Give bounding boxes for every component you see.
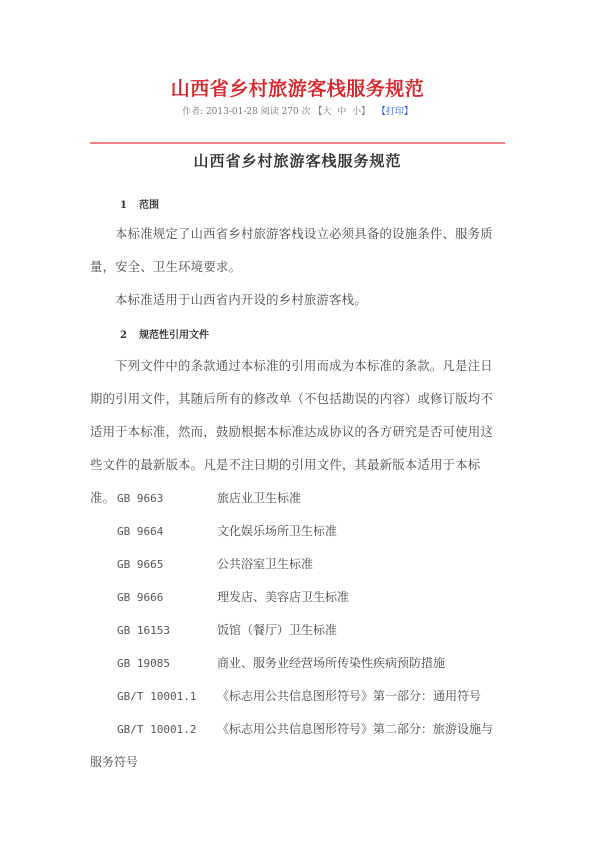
section-number: 2 — [120, 330, 127, 341]
reference-name: 《标志用公共信息图形符号》第一部分：通用符号 — [217, 689, 481, 703]
reference-code: GB/T 10001.2 — [117, 723, 217, 736]
reference-name: 文化娱乐场所卫生标准 — [217, 524, 337, 538]
font-size-small-link[interactable]: 小 — [352, 107, 361, 117]
paragraph: 本标准规定了山西省乡村旅游客栈设立必须具备的设施条件、服务质量，安全、卫生环境要… — [90, 218, 505, 284]
reference-name: 旅店业卫生标准 — [217, 491, 301, 505]
section-heading-scope: 1范围 — [120, 196, 159, 211]
reference-item: GB 9663旅店业卫生标准 — [117, 489, 301, 506]
reference-code: GB 16153 — [117, 624, 217, 637]
page-title: 山西省乡村旅游客栈服务规范 — [0, 74, 595, 101]
font-size-bracket-open: 【 — [313, 107, 322, 117]
font-size-large-link[interactable]: 大 — [323, 107, 332, 117]
reference-item: GB 19085商业、服务业经营场所传染性疾病预防措施 — [117, 654, 445, 671]
reference-item: GB 9666理发店、美容店卫生标准 — [117, 588, 349, 605]
reference-item: GB/T 10001.2《标志用公共信息图形符号》第二部分：旅游设施与 — [117, 720, 493, 737]
header-divider — [90, 142, 505, 144]
reference-name: 商业、服务业经营场所传染性疾病预防措施 — [217, 656, 445, 670]
reference-name: 《标志用公共信息图形符号》第二部分：旅游设施与 — [217, 722, 493, 736]
font-size-medium-link[interactable]: 中 — [337, 107, 346, 117]
reference-item: GB 16153饭馆（餐厅）卫生标准 — [117, 621, 337, 638]
reference-name: 理发店、美容店卫生标准 — [217, 590, 349, 604]
reference-continuation: 服务符号 — [90, 753, 138, 770]
reference-item: GB 9664文化娱乐场所卫生标准 — [117, 522, 337, 539]
section-heading-normative-references: 2规范性引用文件 — [120, 326, 209, 341]
document-title: 山西省乡村旅游客栈服务规范 — [0, 150, 595, 171]
section-number: 1 — [120, 200, 127, 211]
article-meta: 作者: 2013-01-28 阅读 270 次 【大 中 小】 【打印】 — [0, 104, 595, 117]
font-size-bracket-close: 】 — [361, 107, 370, 117]
reference-code: GB 9666 — [117, 591, 217, 604]
section-title: 范围 — [139, 200, 159, 211]
reference-name: 饭馆（餐厅）卫生标准 — [217, 623, 337, 637]
reference-code: GB/T 10001.1 — [117, 690, 217, 703]
reference-name: 公共浴室卫生标准 — [217, 557, 313, 571]
reference-code: GB 19085 — [117, 657, 217, 670]
reference-item: GB/T 10001.1《标志用公共信息图形符号》第一部分：通用符号 — [117, 687, 481, 704]
reference-code: GB 9664 — [117, 525, 217, 538]
print-link[interactable]: 【打印】 — [377, 107, 413, 117]
reference-code: GB 9663 — [117, 492, 217, 505]
reference-code: GB 9665 — [117, 558, 217, 571]
paragraph: 本标准适用于山西省内开设的乡村旅游客栈。 — [90, 284, 505, 317]
section-title: 规范性引用文件 — [139, 330, 209, 341]
meta-info: 作者: 2013-01-28 阅读 270 次 — [182, 107, 311, 117]
reference-item: GB 9665公共浴室卫生标准 — [117, 555, 313, 572]
